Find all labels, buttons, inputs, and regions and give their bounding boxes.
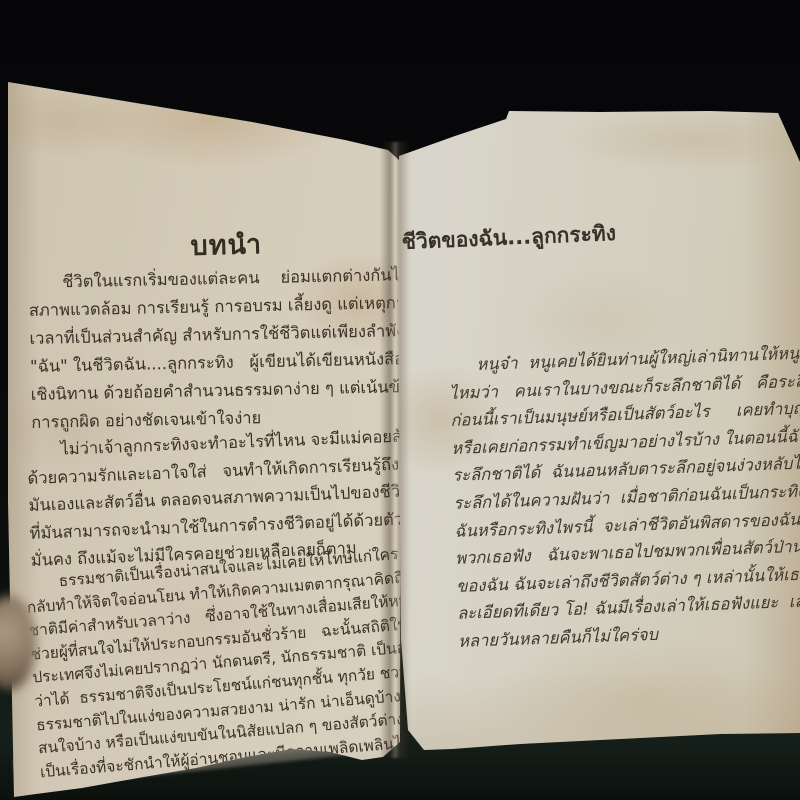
right-page-heading: ชีวิตของฉัน...ลูกกระทิง (401, 217, 617, 259)
right-page-body: หนูจ๋า หนูเคยได้ยินท่านผู้ใหญ่เล่านิทานใ… (448, 337, 800, 655)
book-gutter-shadow (380, 142, 410, 758)
left-page-heading: บทนำ (190, 222, 263, 267)
